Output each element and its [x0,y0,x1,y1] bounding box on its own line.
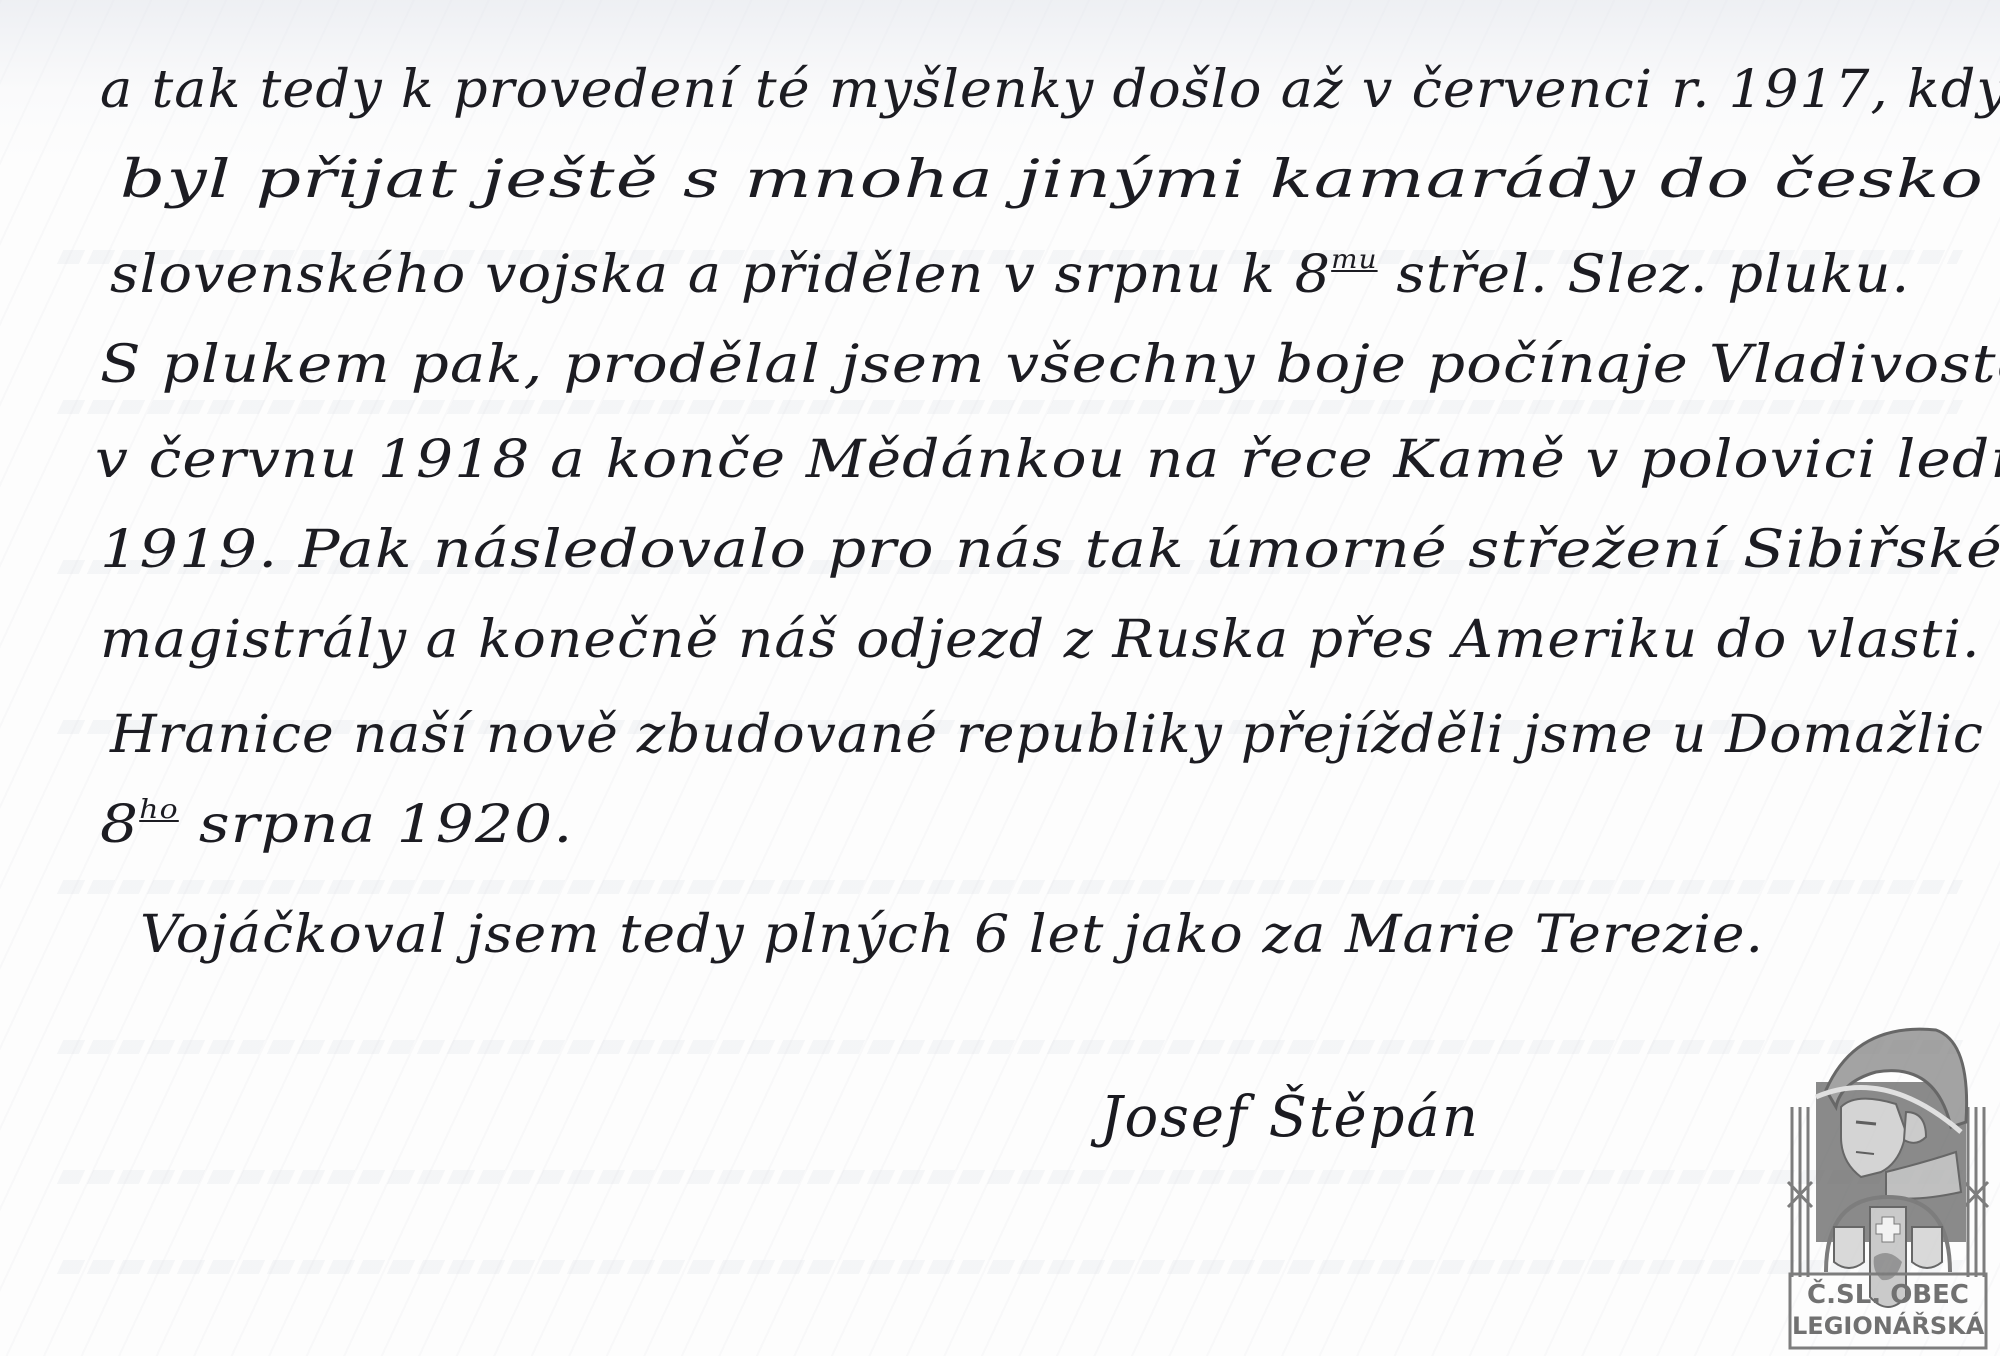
text-line-3: slovenského vojska a přidělen v srpnu k … [110,245,1910,305]
signature: Josef Štěpán [1100,1085,1480,1150]
ordinal-superscript: ho [139,795,179,825]
text-line-8: Hranice naší nově zbudované republiky př… [110,705,1984,765]
text-line-5: v červnu 1918 a konče Mědánkou na řece K… [95,430,2000,490]
text-line-9: 8ho srpna 1920. [100,795,574,855]
text-line-1: a tak tedy k provedení té myšlenky došlo… [100,60,2000,120]
text-line-9-main: 8 [100,795,139,855]
text-line-6: 1919. Pak následovalo pro nás tak úmorné… [100,520,2000,580]
legionary-association-logo: Č.SL. OBEC LEGIONÁŘSKÁ [1786,1012,1990,1352]
text-line-9-tail: srpna 1920. [179,795,574,855]
logo-text-line-1: Č.SL. OBEC [1792,1280,1984,1310]
logo-text-line-2: LEGIONÁŘSKÁ [1792,1312,1984,1340]
text-line-4: S plukem pak, prodělal jsem všechny boje… [100,335,2000,395]
text-line-10: Vojáčkoval jsem tedy plných 6 let jako z… [140,905,1764,965]
handwritten-text-block: a tak tedy k provedení té myšlenky došlo… [0,0,2000,1356]
ordinal-superscript: mu [1331,245,1377,275]
text-line-3-main: slovenského vojska a přidělen v srpnu k … [110,245,1331,305]
text-line-3-tail: střel. Slez. pluku. [1378,245,1911,305]
text-line-7: magistrály a konečně náš odjezd z Ruska … [100,610,1981,670]
text-line-2: byl přijat ještě s mnoha jinými kamarády… [120,150,2000,210]
